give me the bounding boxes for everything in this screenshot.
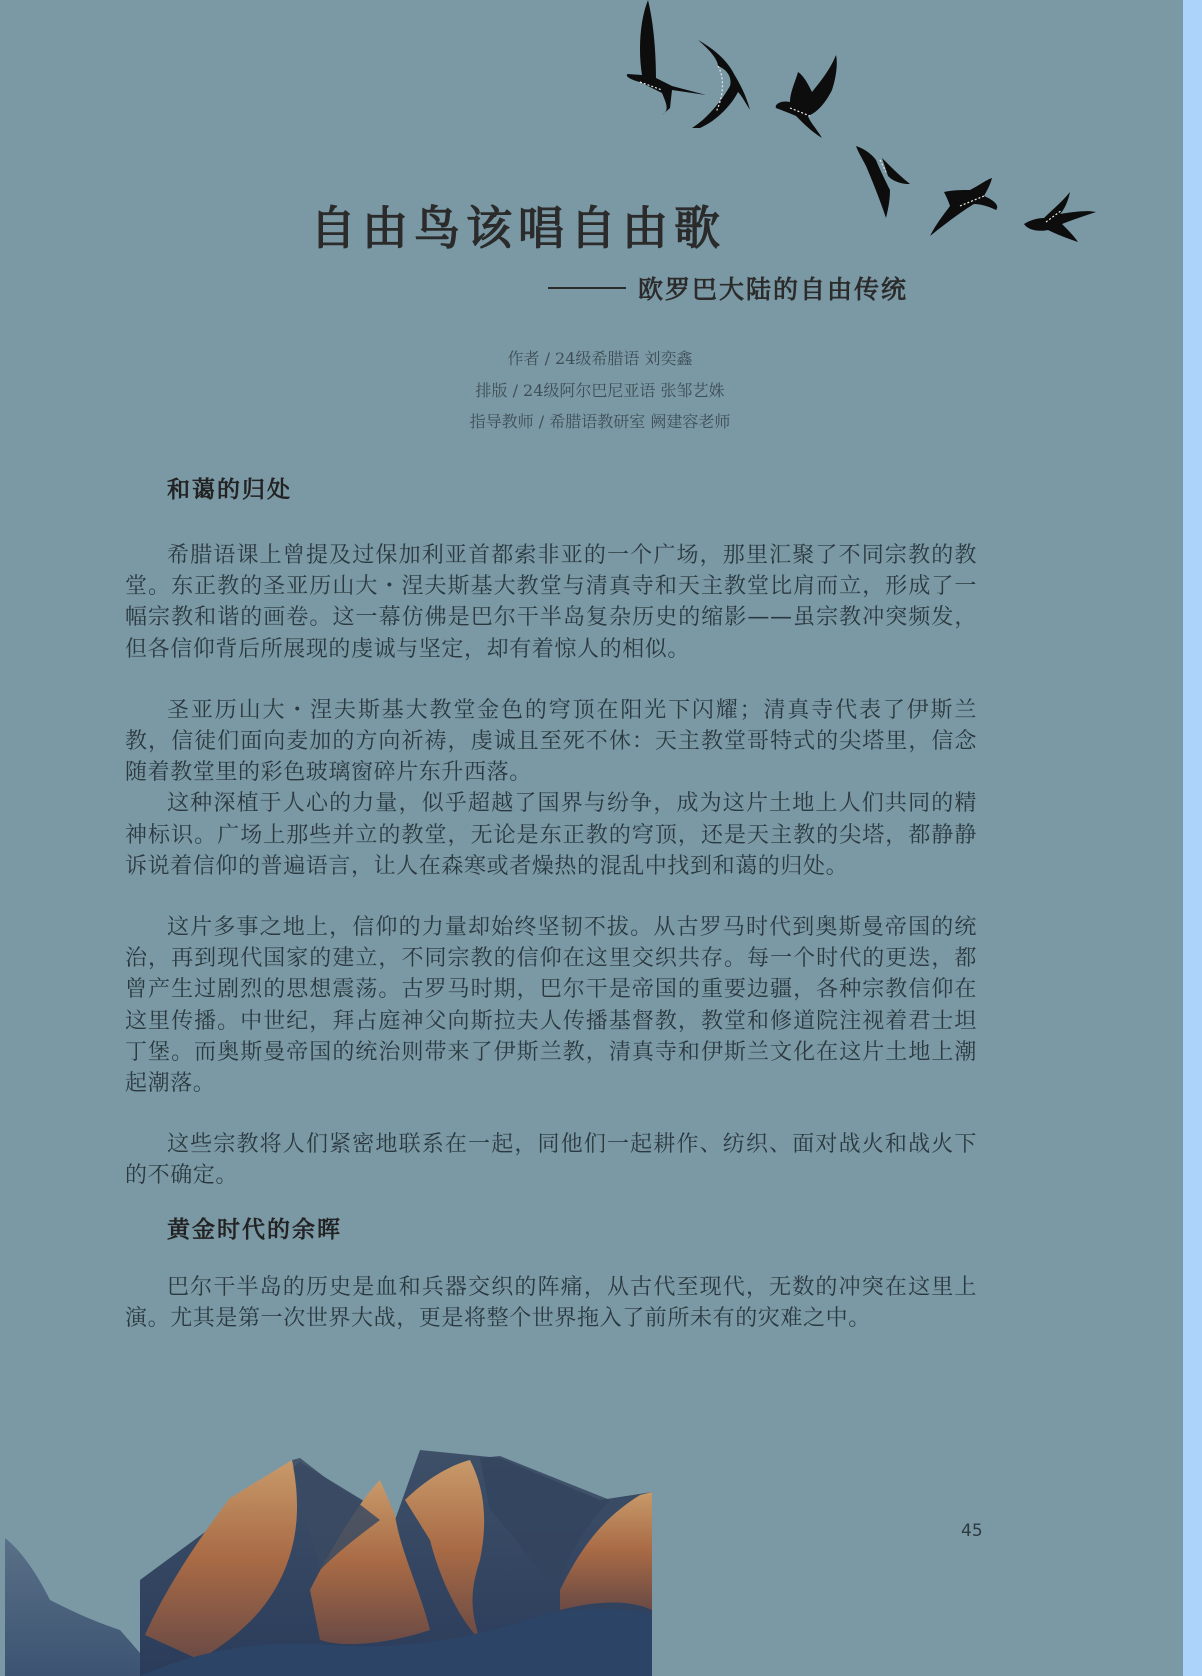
article-title: 自由鸟该唱自由歌 <box>310 192 726 258</box>
credit-advisor: 指导教师 / 希腊语教研室 阙建容老师 <box>0 406 1183 438</box>
paragraph: 巴尔干半岛的历史是血和兵器交织的阵痛，从古代至现代，无数的冲突在这里上演。尤其是… <box>125 1272 977 1334</box>
magazine-page: 自由鸟该唱自由歌 欧罗巴大陆的自由传统 作者 / 24级希腊语 刘奕鑫 排版 /… <box>0 0 1183 1676</box>
subtitle-text: 欧罗巴大陆的自由传统 <box>638 275 908 304</box>
mountain-peaks-image <box>0 1440 652 1676</box>
section-heading: 黄金时代的余晖 <box>167 1210 977 1250</box>
credit-author: 作者 / 24级希腊语 刘奕鑫 <box>0 343 1183 375</box>
paragraph: 这片多事之地上，信仰的力量却始终坚韧不拔。从古罗马时代到奥斯曼帝国的统治，再到现… <box>125 912 977 1099</box>
em-dash-divider <box>548 287 626 289</box>
side-strip <box>1183 0 1202 1676</box>
article-body: 和蔼的归处 希腊语课上曾提及过保加利亚首都索非亚的一个广场，那里汇聚了不同宗教的… <box>125 470 977 1334</box>
section-heading: 和蔼的归处 <box>167 470 977 510</box>
credit-layout: 排版 / 24级阿尔巴尼亚语 张邹艺姝 <box>0 375 1183 407</box>
article-subtitle: 欧罗巴大陆的自由传统 <box>548 270 908 306</box>
paragraph: 希腊语课上曾提及过保加利亚首都索非亚的一个广场，那里汇聚了不同宗教的教堂。东正教… <box>125 540 977 665</box>
page-number: 45 <box>961 1521 983 1541</box>
paragraph: 这些宗教将人们紧密地联系在一起，同他们一起耕作、纺织、面对战火和战火下的不确定。 <box>125 1129 977 1191</box>
paragraph: 这种深植于人心的力量，似乎超越了国界与纷争，成为这片土地上人们共同的精神标识。广… <box>125 788 977 882</box>
credits-block: 作者 / 24级希腊语 刘奕鑫 排版 / 24级阿尔巴尼亚语 张邹艺姝 指导教师… <box>0 343 1183 438</box>
paragraph: 圣亚历山大・涅夫斯基大教堂金色的穹顶在阳光下闪耀；清真寺代表了伊斯兰教，信徒们面… <box>125 695 977 789</box>
